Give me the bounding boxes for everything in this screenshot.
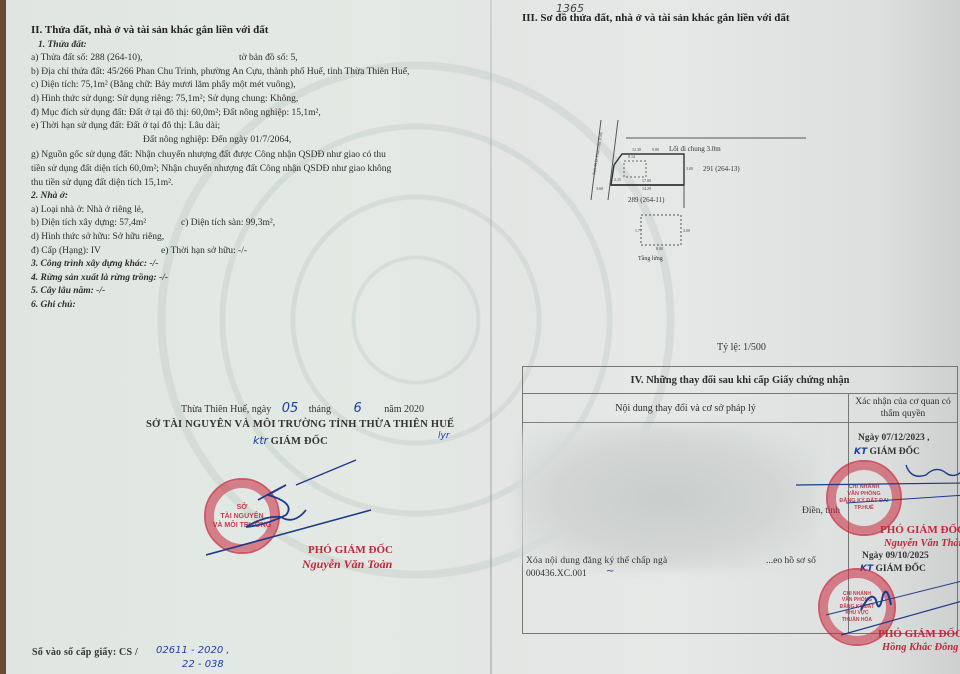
perennial-trees: 5. Cây lâu năm: -/- — [31, 285, 491, 299]
svg-text:17.00: 17.00 — [642, 178, 651, 183]
svg-text:291 (264-13): 291 (264-13) — [703, 165, 740, 173]
kt-handwritten: ktr — [253, 434, 268, 447]
land-heading: 1. Thửa đất: — [31, 39, 491, 53]
registry-label: Số vào sổ cấp giấy: CS / — [32, 646, 138, 660]
land-origin-1: g) Nguồn gốc sử dụng đất: Nhận chuyển nh… — [31, 149, 491, 163]
land-use-purpose: đ) Mục đích sử dụng đất: Đất ở tại đô th… — [31, 107, 491, 121]
svg-text:Kiệt 45 Đ. Phan Chu Trinh: Kiệt 45 Đ. Phan Chu Trinh — [591, 132, 603, 175]
svg-text:Tầng lửng: Tầng lửng — [638, 255, 663, 262]
issue-year: năm 2020 — [384, 404, 424, 415]
svg-text:289 (264-11): 289 (264-11) — [628, 196, 665, 204]
signer-name-left: Nguyễn Văn Toàn — [302, 558, 392, 572]
issue-month: 6 — [353, 401, 361, 416]
entry2-role-title: GIÁM ĐỐC — [876, 564, 926, 574]
land-origin-3: thu tiền sử dụng đất diện tích 15,1m². — [31, 177, 491, 191]
entry2-signer-name: Hồng Khắc Đông — [882, 641, 958, 655]
section-2-title: II. Thửa đất, nhà ở và tài sản khác gắn … — [31, 24, 491, 38]
land-parcel-number: a) Thửa đất số: 288 (264-10), tờ bản đồ … — [31, 52, 491, 66]
svg-text:Lối đi chung 3.0m: Lối đi chung 3.0m — [669, 145, 721, 153]
month-label: tháng — [309, 404, 331, 415]
parcel-number: a) Thửa đất số: 288 (264-10), — [31, 53, 143, 63]
ownership-term: e) Thời hạn sở hữu: -/- — [161, 245, 247, 259]
build-area: b) Diện tích xây dựng: 57,4m² — [31, 218, 146, 228]
svg-text:2.15: 2.15 — [614, 177, 621, 182]
section-land-info: II. Thửa đất, nhà ở và tài sản khác gắn … — [31, 24, 491, 312]
scale-label: Tỷ lệ: 1/500 — [717, 341, 766, 355]
issue-date: Thừa Thiên Huế, ngày 05 tháng 6 năm 2020 — [181, 402, 424, 417]
land-origin-2: tiền sử dụng đất diện tích 60,0m²; Nhận … — [31, 163, 491, 177]
col-confirm-header: Xác nhận của cơ quan có thẩm quyền — [849, 394, 958, 423]
svg-text:3.00: 3.00 — [686, 166, 693, 171]
house-ownership: d) Hình thức sở hữu: Sở hữu riêng, — [31, 231, 491, 245]
section-3-title: III. Sơ đồ thửa đất, nhà ở và tài sản kh… — [522, 12, 790, 26]
entry1-signer-name: Nguyễn Văn Thành — [884, 537, 960, 551]
redacted-content — [516, 425, 816, 570]
floor-area: c) Diện tích sàn: 99,3m², — [181, 217, 275, 231]
house-grade: đ) Cấp (Hạng): IV e) Thời hạn sở hữu: -/… — [31, 245, 491, 259]
svg-text:9.80: 9.80 — [652, 147, 659, 152]
registry-number-2: 22 - 038 — [182, 658, 224, 672]
entry2-date: Ngày 09/10/2025 — [862, 550, 929, 564]
entry2-content-line2: 000436.XC.001 — [526, 568, 587, 582]
certificate-page: II. Thửa đất, nhà ở và tài sản khác gắn … — [6, 0, 960, 674]
signer-title-left: PHÓ GIÁM ĐỐC — [308, 544, 393, 558]
role-title: GIÁM ĐỐC — [271, 436, 328, 447]
house-heading: 2. Nhà ở: — [31, 190, 491, 204]
notes: 6. Ghi chú: — [31, 299, 491, 313]
registry-label-text: Số vào sổ cấp giấy: CS / — [32, 647, 138, 658]
issue-place: Thừa Thiên Huế, ngày — [181, 404, 271, 415]
parcel-diagram: 12.30 9.80 8.14 17.00 14.29 3.60 3.00 2.… — [586, 120, 846, 270]
grade: đ) Cấp (Hạng): IV — [31, 246, 101, 256]
land-use-term: e) Thời hạn sử dụng đất: Đất ở tại đô th… — [31, 120, 491, 134]
svg-text:3.60: 3.60 — [596, 186, 603, 191]
issue-day: 05 — [282, 401, 299, 416]
map-sheet: tờ bản đồ số: 5, — [239, 52, 298, 66]
role-line: ktr GIÁM ĐỐC — [253, 434, 328, 450]
registry-number: 02611 - 2020 , — [156, 644, 230, 658]
section-4-title: IV. Những thay đổi sau khi cấp Giấy chứn… — [523, 367, 958, 394]
house-type: a) Loại nhà ở: Nhà ở riêng lẻ, — [31, 204, 491, 218]
signature-entry1 — [786, 455, 960, 535]
svg-text:3.00: 3.00 — [683, 228, 690, 233]
land-use-term-agri: Đất nông nghiệp: Đến ngày 01/7/2064, — [31, 134, 491, 148]
svg-text:12.30: 12.30 — [632, 147, 641, 152]
col-content-header: Nội dung thay đổi và cơ sở pháp lý — [523, 394, 849, 423]
issuing-authority: SỞ TÀI NGUYÊN VÀ MÔI TRƯỜNG TỈNH THỪA TH… — [146, 418, 454, 432]
svg-text:1.77: 1.77 — [635, 228, 642, 233]
land-address: b) Địa chỉ thửa đất: 45/266 Phan Chu Tri… — [31, 66, 491, 80]
entry2-content-end: ...eo hồ sơ số — [766, 555, 816, 569]
land-use-form: d) Hình thức sử dụng: Sử dụng riêng: 75,… — [31, 93, 491, 107]
entry2-content-line1: Xóa nội dung đăng ký thế chấp ngà — [526, 555, 667, 569]
entry1-signer-title: PHÓ GIÁM ĐỐC — [880, 524, 960, 538]
entry2-initial: ~ — [606, 565, 614, 579]
entry2-signer-title: PHÓ GIÁM ĐỐC — [878, 628, 960, 642]
house-build-area: b) Diện tích xây dựng: 57,4m² c) Diện tí… — [31, 217, 491, 231]
svg-text:8.14: 8.14 — [628, 154, 635, 159]
land-area: c) Diện tích: 75,1m² (Bằng chữ: Bảy mươi… — [31, 79, 491, 93]
initials: lyr — [438, 430, 450, 444]
svg-text:8.00: 8.00 — [656, 246, 663, 251]
entry2-content-start: Xóa nội dung đăng ký thế chấp ngà — [526, 556, 667, 566]
svg-text:14.29: 14.29 — [642, 186, 651, 191]
entry1-date: Ngày 07/12/2023 , — [858, 432, 930, 446]
other-construction: 3. Công trình xây dựng khác: -/- — [31, 258, 491, 272]
planted-forest: 4. Rừng sản xuất là rừng trồng: -/- — [31, 272, 491, 286]
